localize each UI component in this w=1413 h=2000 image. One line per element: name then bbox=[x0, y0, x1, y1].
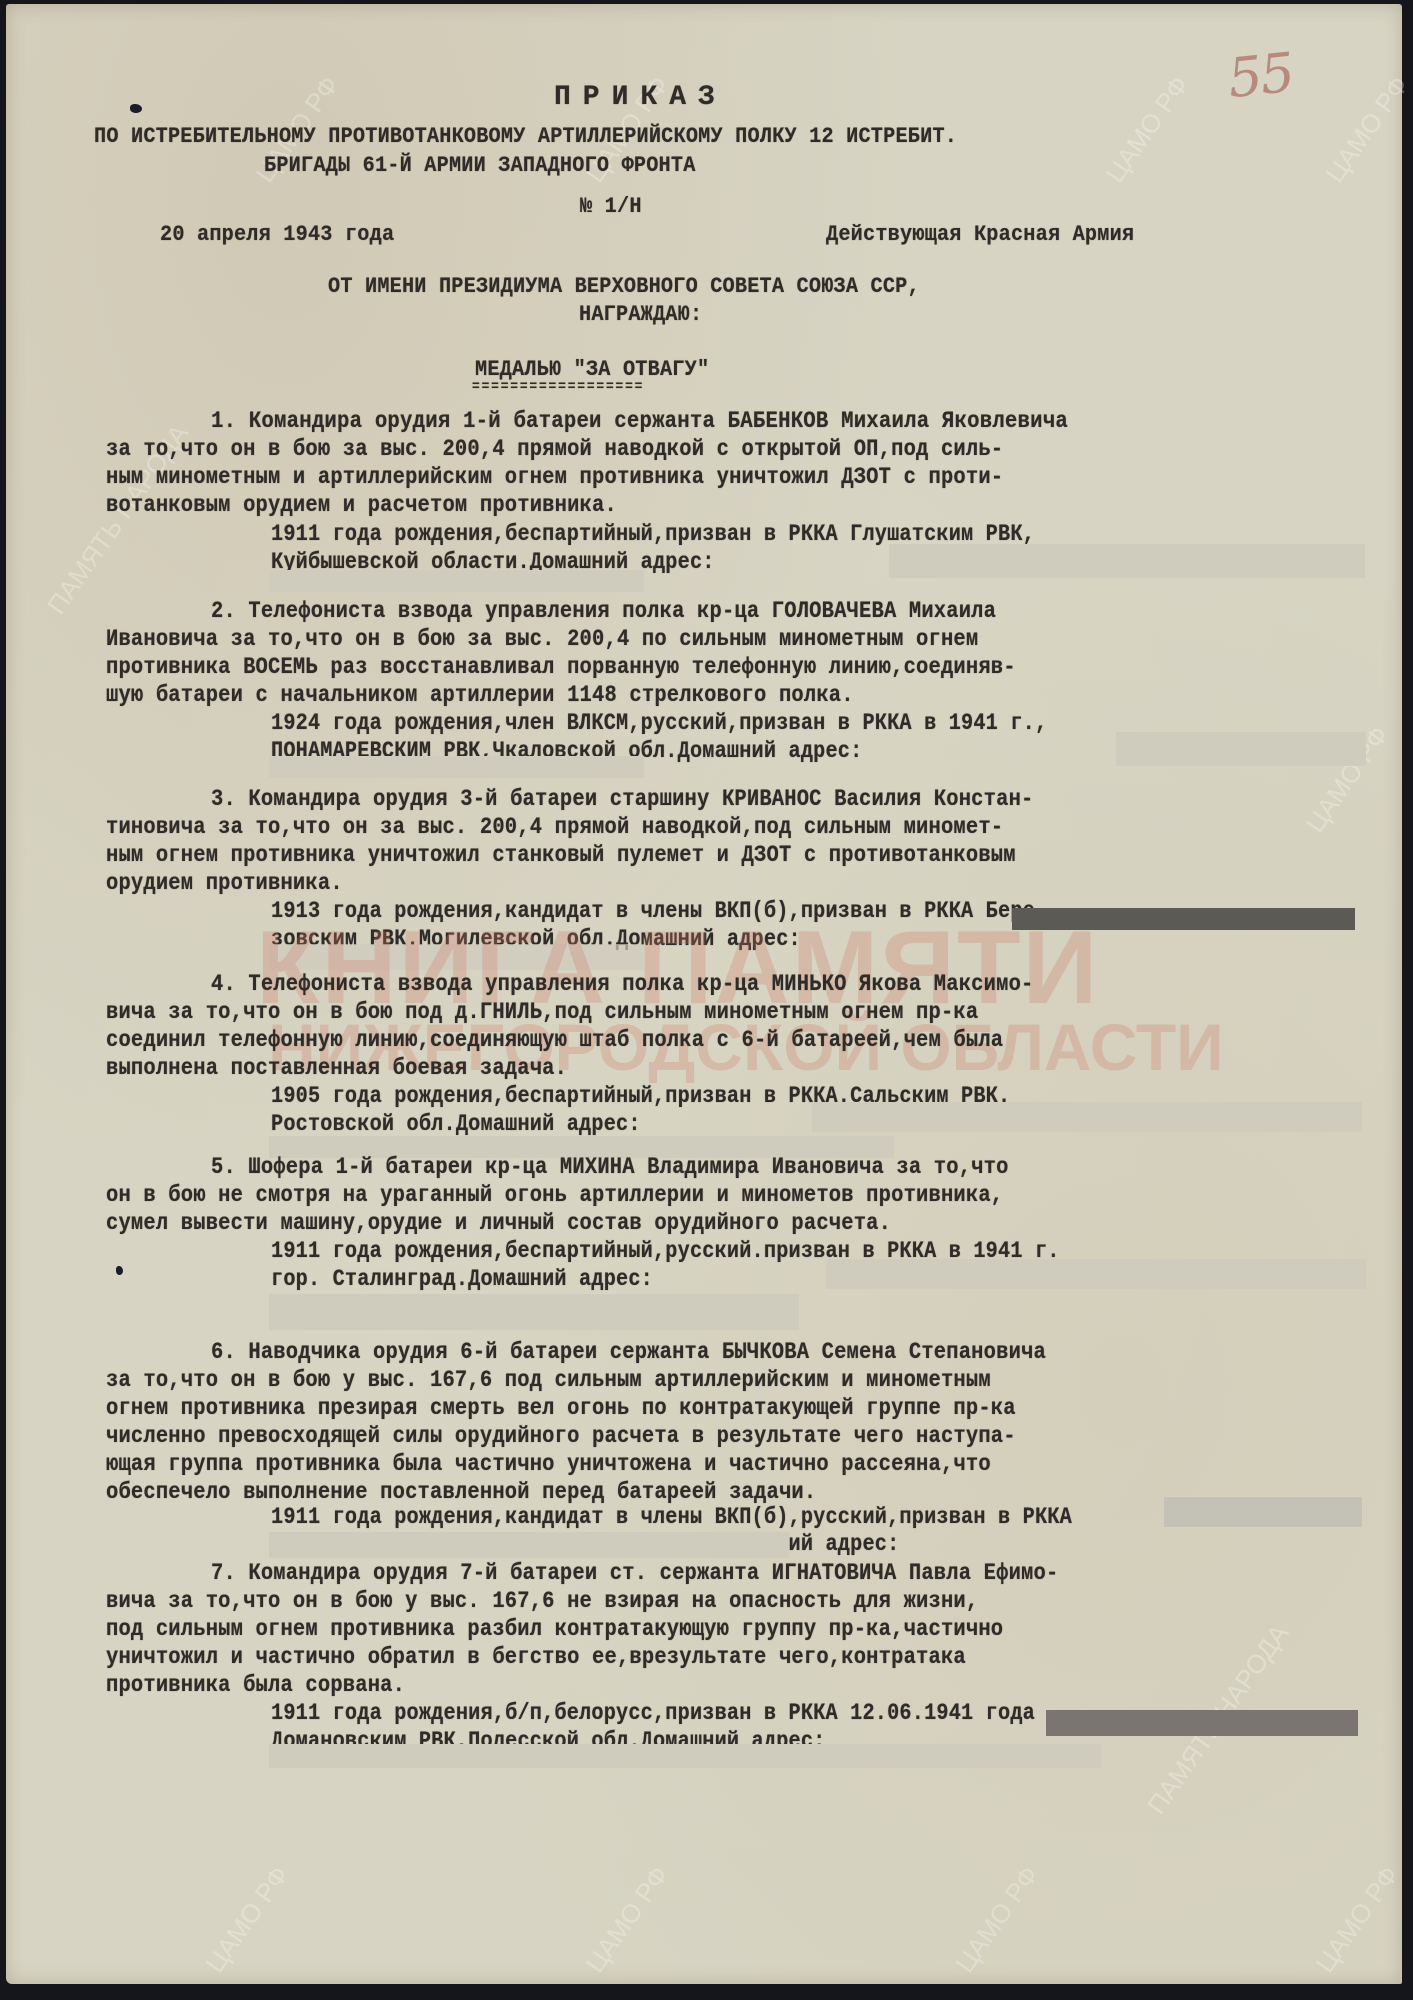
entry-5-line-1: 5. Шофера 1-й батареи кр-ца МИХИНА Влади… bbox=[211, 1154, 1009, 1180]
entry-2-line-3: противника ВОСЕМЬ раз восстанавливал пор… bbox=[106, 654, 1016, 680]
heading-line-2: БРИГАДЫ 61-Й АРМИИ ЗАПАДНОГО ФРОНТА bbox=[264, 153, 696, 178]
entry-6-line-6: обеспечело выполнение поставленной перед… bbox=[106, 1479, 816, 1505]
entry-2-line-1: 2. Телефониста взвода управления полка к… bbox=[211, 598, 996, 624]
entry-1-line-3: ным минометным и артиллерийским огнем пр… bbox=[106, 464, 1003, 490]
entry-7-line-4: уничтожил и частично обратил в бегство е… bbox=[106, 1644, 966, 1670]
entry-6-line-2: за то,что он в бою у выс. 167,6 под силь… bbox=[106, 1367, 991, 1393]
redacted-address bbox=[1116, 732, 1366, 766]
archive-watermark: ЦАМО РФ bbox=[1309, 1860, 1405, 1978]
order-number: № 1/Н bbox=[580, 194, 642, 219]
entry-5-bio-2: гор. Сталинград.Домашний адрес: bbox=[271, 1266, 653, 1292]
entry-5-line-2: он в бою не смотря на ураганный огонь ар… bbox=[106, 1182, 1003, 1208]
entry-6-line-5: ющая группа противника была частично уни… bbox=[106, 1451, 991, 1477]
entry-6-line-4: численно превосходящей силы орудийного р… bbox=[106, 1423, 1016, 1449]
entry-3-line-3: ным огнем противника уничтожил станковый… bbox=[106, 842, 1016, 868]
entry-7-line-5: противника была сорвана. bbox=[106, 1672, 405, 1698]
archive-watermark: ЦАМО РФ bbox=[1319, 70, 1413, 188]
entry-4-bio-2: Ростовской обл.Домашний адрес: bbox=[271, 1111, 641, 1137]
entry-2-line-2: Ивановича за то,что он в бою за выс. 200… bbox=[106, 626, 978, 652]
entry-6-bio-1: 1911 года рождения,кандидат в члены ВКП(… bbox=[271, 1504, 1072, 1530]
order-date: 20 апреля 1943 года bbox=[160, 222, 394, 247]
redacted-address bbox=[269, 570, 644, 592]
preamble-line-1: ОТ ИМЕНИ ПРЕЗИДИУМА ВЕРХОВНОГО СОВЕТА СО… bbox=[328, 274, 920, 299]
entry-3-line-1: 3. Командира орудия 3-й батареи старшину… bbox=[211, 786, 1033, 812]
entry-7-bio-1: 1911 года рождения,б/п,белорусс,призван … bbox=[271, 1700, 1035, 1726]
redacted-address bbox=[1012, 908, 1355, 930]
entry-4-line-2: вича за то,что он в бою под д.ГНИЛЬ,под … bbox=[106, 999, 978, 1025]
entry-4-line-3: соединил телефонную линию,соединяющую шт… bbox=[106, 1027, 1003, 1053]
redacted-address bbox=[889, 544, 1365, 578]
entry-5-line-3: сумел вывести машину,орудие и личный сос… bbox=[106, 1210, 891, 1236]
archive-watermark: ЦАМО РФ bbox=[199, 1860, 295, 1978]
preamble-line-2: НАГРАЖДАЮ: bbox=[579, 302, 702, 327]
redacted-address bbox=[269, 756, 644, 778]
entry-2-bio-1: 1924 года рождения,член ВЛКСМ,русский,пр… bbox=[271, 710, 1047, 736]
redacted-address bbox=[269, 1744, 1101, 1768]
entry-6-line-3: огнем противника презирая смерть вел ого… bbox=[106, 1395, 1016, 1421]
entry-4-line-4: выполнена поставленная боевая задача. bbox=[106, 1055, 567, 1081]
heading-line-1: ПО ИСТРЕБИТЕЛЬНОМУ ПРОТИВОТАНКОВОМУ АРТИ… bbox=[94, 124, 957, 149]
entry-1-line-4: вотанковым орудием и расчетом противника… bbox=[106, 492, 617, 518]
archive-watermark: ЦАМО РФ bbox=[579, 1860, 675, 1978]
redacted-address bbox=[269, 1532, 789, 1558]
entry-1-line-1: 1. Командира орудия 1-й батареи сержанта… bbox=[211, 408, 1068, 434]
archive-watermark: ЦАМО РФ bbox=[1099, 70, 1195, 188]
redacted-address bbox=[812, 1102, 1362, 1132]
entry-1-line-2: за то,что он в бою за выс. 200,4 прямой … bbox=[106, 436, 1003, 462]
document-page: ЦАМО РФ ЦАМО РФ ЦАМО РФ ЦАМО РФ ПАМЯТЬ Н… bbox=[6, 4, 1402, 1984]
entry-3-bio-1: 1913 года рождения,кандидат в члены ВКП(… bbox=[271, 898, 1047, 924]
document-title: ПРИКАЗ bbox=[554, 82, 727, 113]
entry-3-line-4: орудием противника. bbox=[106, 870, 343, 896]
redacted-address bbox=[1046, 1710, 1358, 1736]
entry-7-line-3: под сильным огнем противника разбил конт… bbox=[106, 1616, 1003, 1642]
entry-4-line-1: 4. Телефониста взвода управления полка к… bbox=[211, 971, 1033, 997]
ink-blot bbox=[130, 104, 142, 113]
entry-3-line-2: тиновича за то,что он за выс. 200,4 прям… bbox=[106, 814, 1003, 840]
archive-watermark: ЦАМО РФ bbox=[949, 1860, 1045, 1978]
entry-7-line-1: 7. Командира орудия 7-й батареи ст. серж… bbox=[211, 1560, 1058, 1586]
redacted-address bbox=[1164, 1497, 1362, 1527]
redacted-address bbox=[269, 1294, 799, 1330]
ink-blot bbox=[116, 1266, 123, 1275]
redacted-address bbox=[269, 944, 644, 970]
redacted-address bbox=[826, 1259, 1366, 1289]
award-underline: ================== bbox=[472, 379, 644, 395]
order-location: Действующая Красная Армия bbox=[826, 222, 1134, 247]
entry-6-line-1: 6. Наводчика орудия 6-й батареи сержанта… bbox=[211, 1339, 1046, 1365]
entry-2-line-4: шую батареи с начальником артиллерии 114… bbox=[106, 682, 854, 708]
entry-7-line-2: вича за то,что он в бою у выс. 167,6 не … bbox=[106, 1588, 978, 1614]
handwritten-page-number: 55 bbox=[1225, 41, 1296, 110]
